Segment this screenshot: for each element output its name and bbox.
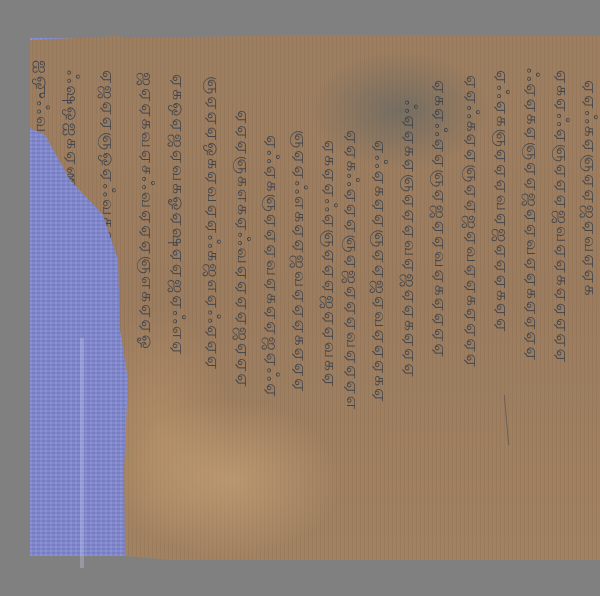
script-column: ஏஏஃகஏஏஞஏஏஜஏவஏஏகஏஏஏஏ bbox=[463, 75, 480, 369]
backing-streak bbox=[80, 338, 84, 568]
script-column: ஏஃஏகஞஏஏஏவஏஜஏஏஏகஏஏ bbox=[493, 70, 510, 333]
script-column: ஏஃஏகஏஏஞஏஏஜஏவஏஏஏகஏ bbox=[371, 140, 388, 403]
script-column: ஏஃஏகஞஏஏஏவஏகஏஏஜஏஃஏ bbox=[263, 135, 280, 398]
script-column: ஏகஏஃஏஏஞஏஜஏஏவஏகஏஏஏஏ bbox=[431, 80, 448, 359]
script-column: ஞஏஏஏஒகஏவஏஏஃகஜஎஏஃஏஏஏ bbox=[204, 76, 221, 371]
script-column: ஜஏஏகவஏசஃவஏஏஏஞஎகஏஏஓ bbox=[138, 72, 155, 351]
script-column: ஏகஏஏஃஏஞஏஏஏஜஏஏவகஏ bbox=[321, 140, 338, 388]
script-column: ஃஏஏகஏஞஏஏஜஏஏவஏஏகஏஏஏஏ bbox=[523, 68, 540, 362]
script-column: ஏஏஃகஏஞஏஏஜஏவஏஏக bbox=[581, 80, 598, 298]
script-column: ஏகஒஏஜஏவகஓஏஷஏஏஜஏஃஎஏ bbox=[169, 74, 186, 356]
script-column: ஞஏஏஃஎகஏஏஜவஏஏஏகஏஏஏ bbox=[291, 130, 308, 393]
manuscript-photo: ஐஒுஃவகஏஃஷஒஐகஏணசஒஏஜஏஏஞஒஏஃவகஏஜஏஏகவஏசஃவஏஏஏஞ… bbox=[0, 0, 600, 596]
script-column: ஏஏகஃஏஏஏஞஏஜஏஏஏவஏஏஏஎ bbox=[343, 130, 360, 411]
script-column: ஃஏஏகஏஞஏஏஏவஏஜஏஏகஏஏஏ bbox=[401, 100, 418, 379]
script-column: ஏகஏஃஏஞஏஏஏஜவஏஏகஏஏஏஏஏ bbox=[553, 70, 570, 364]
script-column: ஏஏஏஞகஎகஏஃவஏஏஏஏஜஏஏஏ bbox=[234, 110, 251, 389]
